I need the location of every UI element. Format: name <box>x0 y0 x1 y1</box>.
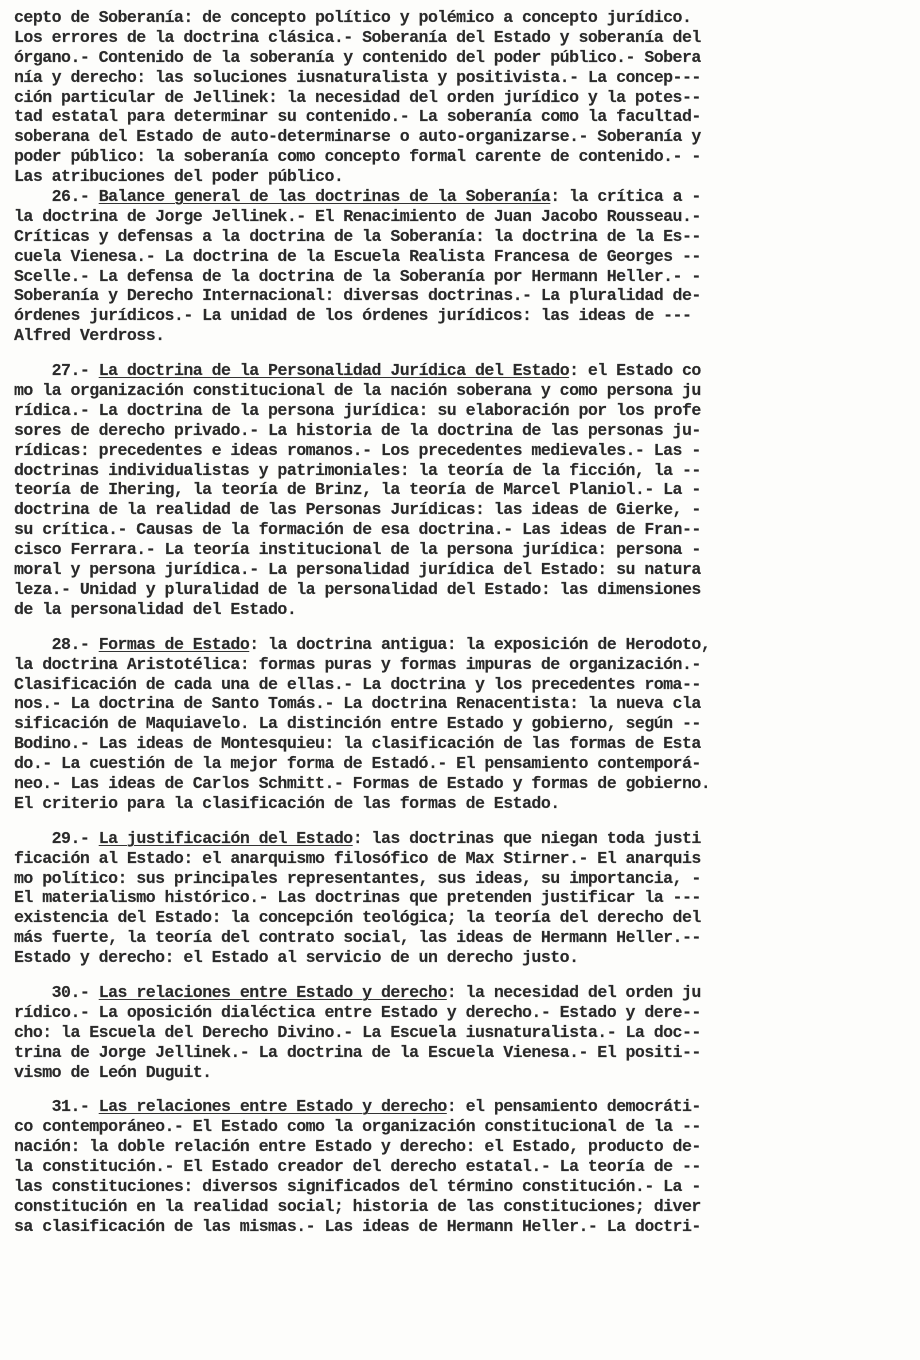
text-line: leza.- Unidad y pluralidad de la persona… <box>14 580 914 600</box>
text-line: las constituciones: diversos significado… <box>14 1177 914 1197</box>
section-number: 26.- <box>52 187 90 206</box>
section-heading-line: 31.- Las relaciones entre Estado y derec… <box>14 1097 914 1117</box>
section-intro-text: : el Estado co <box>569 361 701 380</box>
document-page: cepto de Soberanía: de concepto político… <box>0 0 920 1360</box>
section-number: 31.- <box>52 1097 90 1116</box>
section-heading-line: 28.- Formas de Estado: la doctrina antig… <box>14 635 914 655</box>
text-line: co contemporáneo.- El Estado como la org… <box>14 1117 914 1137</box>
text-line: la constitución.- El Estado creador del … <box>14 1157 914 1177</box>
text-line: tad estatal para determinar su contenido… <box>14 107 914 127</box>
section-intro-text: : la crítica a - <box>550 187 701 206</box>
section-heading-line: 26.- Balance general de las doctrinas de… <box>14 187 914 207</box>
section-heading-line: 29.- La justificación del Estado: las do… <box>14 829 914 849</box>
indent <box>14 829 52 848</box>
indent <box>14 187 52 206</box>
section-title: La doctrina de la Personalidad Jurídica … <box>99 361 569 380</box>
text-line: do.- La cuestión de la mejor forma de Es… <box>14 754 914 774</box>
section-intro-text: : la doctrina antigua: la exposición de … <box>249 635 710 654</box>
text-line: Críticas y defensas a la doctrina de la … <box>14 227 914 247</box>
text-line: teoría de Ihering, la teoría de Brinz, l… <box>14 480 914 500</box>
section-paragraph: 28.- Formas de Estado: la doctrina antig… <box>14 635 914 814</box>
text-line: sa clasificación de las mismas.- Las ide… <box>14 1217 914 1237</box>
intro-paragraph: cepto de Soberanía: de concepto político… <box>14 8 914 187</box>
text-line: cepto de Soberanía: de concepto político… <box>14 8 914 28</box>
text-line: El materialismo histórico.- Las doctrina… <box>14 888 914 908</box>
text-line: nación: la doble relación entre Estado y… <box>14 1137 914 1157</box>
section-title: Las relaciones entre Estado y derecho <box>99 1097 447 1116</box>
text-line: Bodino.- Las ideas de Montesquieu: la cl… <box>14 734 914 754</box>
text-line: Las atribuciones del poder público. <box>14 167 914 187</box>
text-line: rídica.- La doctrina de la persona juríd… <box>14 401 914 421</box>
text-line: la doctrina Aristotélica: formas puras y… <box>14 655 914 675</box>
space <box>89 361 98 380</box>
sections-container: 26.- Balance general de las doctrinas de… <box>14 187 914 1237</box>
text-line: soberana del Estado de auto-determinarse… <box>14 127 914 147</box>
section-intro-text: : el pensamiento democráti- <box>447 1097 701 1116</box>
section-title: La justificación del Estado <box>99 829 353 848</box>
space <box>89 829 98 848</box>
text-line: Estado y derecho: el Estado al servicio … <box>14 948 914 968</box>
indent <box>14 1097 52 1116</box>
text-line: existencia del Estado: la concepción teo… <box>14 908 914 928</box>
section-title: Balance general de las doctrinas de la S… <box>99 187 551 206</box>
section-number: 30.- <box>52 983 90 1002</box>
text-line: la doctrina de Jorge Jellinek.- El Renac… <box>14 207 914 227</box>
section-heading-line: 27.- La doctrina de la Personalidad Jurí… <box>14 361 914 381</box>
text-line: cuela Vienesa.- La doctrina de la Escuel… <box>14 247 914 267</box>
indent <box>14 361 52 380</box>
text-line: nos.- La doctrina de Santo Tomás.- La do… <box>14 694 914 714</box>
text-line: órdenes jurídicos.- La unidad de los órd… <box>14 306 914 326</box>
text-line: Alfred Verdross. <box>14 326 914 346</box>
section-intro-text: : la necesidad del orden ju <box>447 983 701 1002</box>
text-line: El criterio para la clasificación de las… <box>14 794 914 814</box>
text-line: neo.- Las ideas de Carlos Schmitt.- Form… <box>14 774 914 794</box>
section-paragraph: 29.- La justificación del Estado: las do… <box>14 829 914 968</box>
section-heading-line: 30.- Las relaciones entre Estado y derec… <box>14 983 914 1003</box>
text-line: trina de Jorge Jellinek.- La doctrina de… <box>14 1043 914 1063</box>
text-line: Scelle.- La defensa de la doctrina de la… <box>14 267 914 287</box>
text-line: nía y derecho: las soluciones iusnatural… <box>14 68 914 88</box>
text-line: poder público: la soberanía como concept… <box>14 147 914 167</box>
text-line: constitución en la realidad social; hist… <box>14 1197 914 1217</box>
text-line: órgano.- Contenido de la soberanía y con… <box>14 48 914 68</box>
text-line: su crítica.- Causas de la formación de e… <box>14 520 914 540</box>
text-line: Soberanía y Derecho Internacional: diver… <box>14 286 914 306</box>
section-paragraph: 27.- La doctrina de la Personalidad Jurí… <box>14 361 914 620</box>
section-number: 28.- <box>52 635 90 654</box>
text-line: doctrinas individualistas y patrimoniale… <box>14 461 914 481</box>
text-line: cho: la Escuela del Derecho Divino.- La … <box>14 1023 914 1043</box>
section-number: 29.- <box>52 829 90 848</box>
text-line: rídicas: precedentes e ideas romanos.- L… <box>14 441 914 461</box>
section-intro-text: : las doctrinas que niegan toda justi <box>353 829 701 848</box>
space <box>89 983 98 1002</box>
section-title: Las relaciones entre Estado y derecho <box>99 983 447 1002</box>
text-line: cisco Ferrara.- La teoría institucional … <box>14 540 914 560</box>
text-line: ficación al Estado: el anarquismo filosó… <box>14 849 914 869</box>
text-line: Los errores de la doctrina clásica.- Sob… <box>14 28 914 48</box>
text-line: vismo de León Duguit. <box>14 1063 914 1083</box>
indent <box>14 983 52 1002</box>
text-line: mo político: sus principales representan… <box>14 869 914 889</box>
section-paragraph: 30.- Las relaciones entre Estado y derec… <box>14 983 914 1082</box>
indent <box>14 635 52 654</box>
space <box>89 1097 98 1116</box>
text-line: de la personalidad del Estado. <box>14 600 914 620</box>
space <box>89 635 98 654</box>
section-paragraph: 31.- Las relaciones entre Estado y derec… <box>14 1097 914 1236</box>
text-line: sores de derecho privado.- La historia d… <box>14 421 914 441</box>
text-line: mo la organización constitucional de la … <box>14 381 914 401</box>
section-paragraph: 26.- Balance general de las doctrinas de… <box>14 187 914 346</box>
section-number: 27.- <box>52 361 90 380</box>
text-line: Clasificación de cada una de ellas.- La … <box>14 675 914 695</box>
text-line: rídico.- La oposición dialéctica entre E… <box>14 1003 914 1023</box>
text-line: moral y persona jurídica.- La personalid… <box>14 560 914 580</box>
text-line: sificación de Maquiavelo. La distinción … <box>14 714 914 734</box>
text-line: doctrina de la realidad de las Personas … <box>14 500 914 520</box>
text-line: más fuerte, la teoría del contrato socia… <box>14 928 914 948</box>
section-title: Formas de Estado <box>99 635 250 654</box>
space <box>89 187 98 206</box>
text-line: ción particular de Jellinek: la necesida… <box>14 88 914 108</box>
